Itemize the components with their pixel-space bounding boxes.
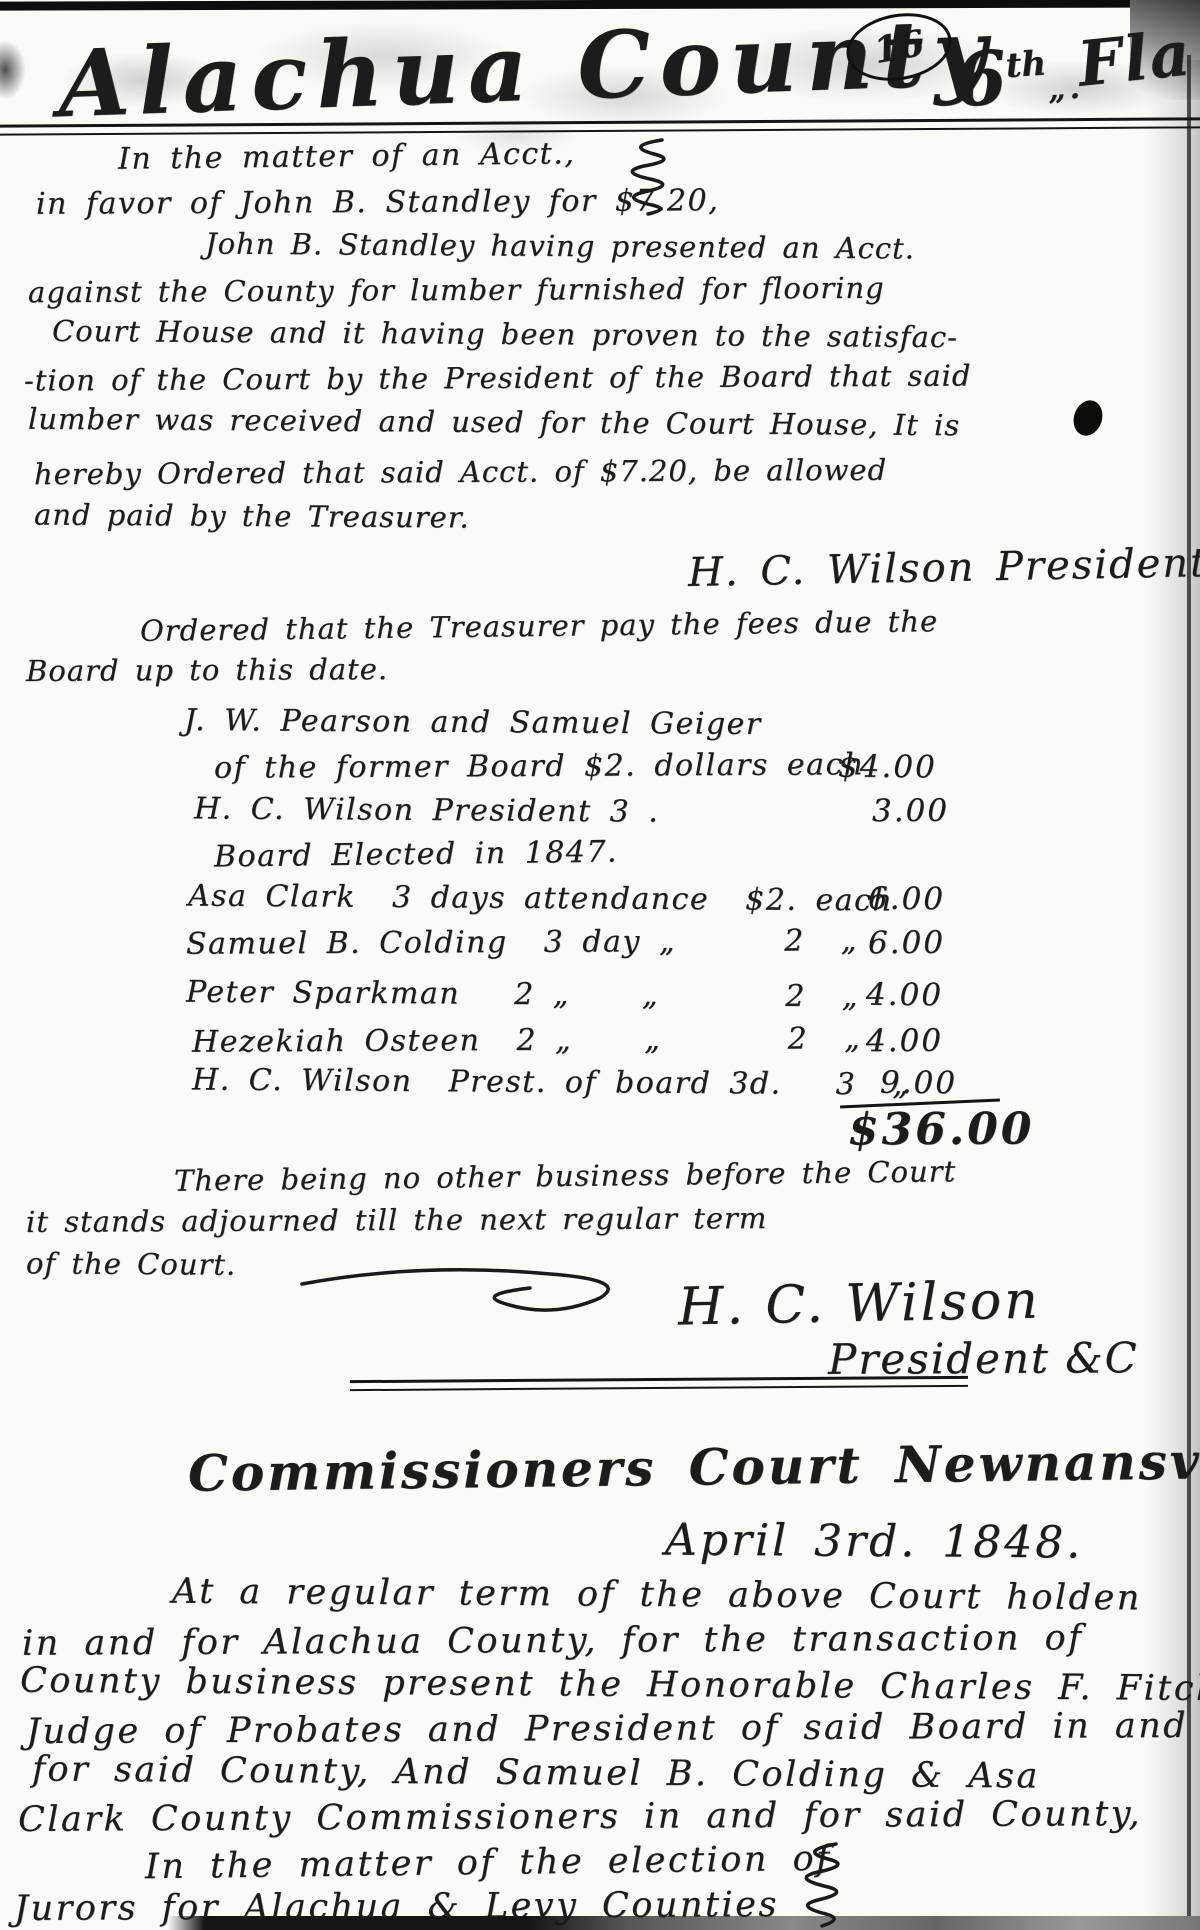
- fee-row-text: Asa Clark 3 days attendance $2. each: [188, 882, 893, 917]
- attestation-signature: H. C. Wilson President: [688, 543, 1200, 593]
- manuscript-line: John B. Standley having presented an Acc…: [205, 230, 915, 264]
- brace-squiggle-icon: [790, 1840, 846, 1928]
- fee-row-amount: 4.00: [866, 1026, 943, 1057]
- fee-row-text: Peter Sparkman 2 „ „ 2 „: [186, 978, 859, 1013]
- manuscript-line: In the matter of an Acct.,: [118, 139, 576, 175]
- manuscript-line: In the matter of the election of: [145, 1842, 832, 1885]
- manuscript-line: and paid by the Treasurer.: [34, 500, 470, 532]
- section-divider-rule: [350, 1376, 968, 1391]
- section-heading: Commissioners Court Newnansville: [188, 1435, 1200, 1499]
- manuscript-line: it stands adjourned till the next regula…: [26, 1204, 768, 1237]
- fee-row-text: of the former Board $2. dollars each: [214, 750, 865, 783]
- fee-row-amount: 6.00: [868, 884, 945, 916]
- fee-total: $36.00: [848, 1108, 1035, 1153]
- session-date: April 3rd. 1848.: [665, 1519, 1084, 1566]
- manuscript-page: Alachua County 16 6th„. Fla In the matte…: [0, 0, 1200, 1930]
- pen-flourish-icon: [300, 1258, 640, 1314]
- signature-title: President &C: [828, 1337, 1139, 1381]
- fee-row-text: Hezekiah Osteen 2 „ „ 2 „: [192, 1024, 861, 1058]
- manuscript-line: There being no other business before the…: [174, 1157, 957, 1196]
- fee-row-amount: 3.00: [872, 796, 949, 827]
- fee-row-text: H. C. Wilson Prest. of board 3d. 3 „: [192, 1065, 910, 1100]
- signature-name: H. C. Wilson: [678, 1275, 1042, 1334]
- manuscript-line: Court House and it having been proven to…: [52, 317, 958, 352]
- scan-corner-mark: [0, 40, 26, 100]
- manuscript-line: in and for Alachua County, for the trans…: [22, 1621, 1084, 1662]
- manuscript-line: hereby Ordered that said Acct. of $7.20,…: [34, 456, 887, 489]
- manuscript-line: At a regular term of the above Court hol…: [172, 1575, 1142, 1617]
- manuscript-line: -tion of the Court by the President of t…: [24, 362, 972, 396]
- fee-row-text: J. W. Pearson and Samuel Geiger: [184, 706, 762, 740]
- manuscript-line: of the Court.: [26, 1249, 236, 1279]
- fee-row-amount: 6.00: [868, 928, 945, 959]
- fee-row-amount: 4.00: [866, 980, 943, 1012]
- fee-row-amount: $4.00: [838, 752, 937, 784]
- court-term-number: 6th„.: [953, 36, 1085, 119]
- manuscript-line: lumber was received and used for the Cou…: [28, 405, 960, 441]
- manuscript-line: against the County for lumber furnished …: [28, 274, 885, 307]
- scan-right-edge: [1187, 55, 1191, 1930]
- fee-row-amount: 9.00: [880, 1068, 957, 1100]
- manuscript-line: Clark County Commissioners in and for sa…: [18, 1797, 1142, 1838]
- ink-blot: [1069, 397, 1107, 440]
- page-number: 16: [871, 22, 928, 72]
- manuscript-line: Board up to this date.: [26, 655, 388, 686]
- manuscript-line: Ordered that the Treasurer pay the fees …: [140, 607, 938, 646]
- manuscript-line: Jurors for Alachua & Levy Counties: [14, 1888, 779, 1927]
- manuscript-line: County business present the Honorable Ch…: [20, 1664, 1200, 1708]
- scan-right-band: [1145, 60, 1200, 1930]
- fee-row-text: Samuel B. Colding 3 day „ 2 „: [186, 926, 858, 960]
- manuscript-line: for said County, And Samuel B. Colding &…: [32, 1752, 1040, 1794]
- state-abbreviation: Fla: [1075, 22, 1195, 96]
- manuscript-line: in favor of John B. Standley for $7.20,: [36, 186, 719, 220]
- manuscript-line: Judge of Probates and President of said …: [26, 1709, 1188, 1750]
- brace-squiggle-icon: [618, 136, 672, 216]
- fee-row-text: Board Elected in 1847.: [214, 838, 618, 873]
- fee-row-text: H. C. Wilson President 3 .: [194, 794, 660, 827]
